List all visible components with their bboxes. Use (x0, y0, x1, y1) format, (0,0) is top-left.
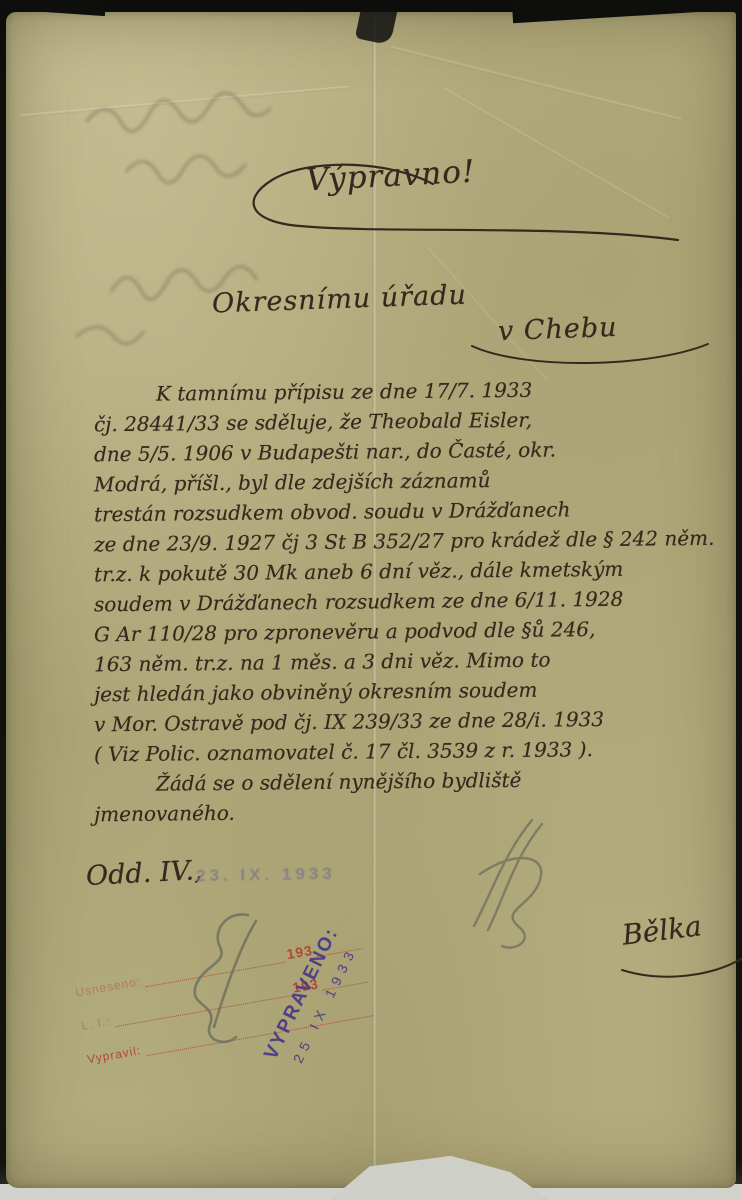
pencil-initial-flourish (444, 814, 594, 954)
title-underline-flourish (238, 162, 698, 262)
paper-tear-notch (355, 5, 397, 46)
department-annotation: Odd. IV., (85, 855, 203, 892)
recipient-underline-flourish (464, 340, 714, 374)
received-date-stamp: 23. IX. 1933 (196, 864, 336, 886)
body-line: jmenovaného. (94, 793, 728, 830)
dispatch-form-label: Vypravil: (86, 1042, 146, 1066)
letter-body: K tamnímu přípisu ze dne 17/7. 1933 čj. … (94, 376, 728, 826)
paper-crease (390, 46, 682, 121)
signature-underline-flourish (612, 950, 742, 986)
scanned-letter: Výpravno! Okresnímu úřadu v Chebu K tamn… (0, 0, 742, 1200)
letter-paper-sheet: Výpravno! Okresnímu úřadu v Chebu K tamn… (6, 12, 736, 1188)
clerk-signature: Bělka (620, 909, 703, 951)
